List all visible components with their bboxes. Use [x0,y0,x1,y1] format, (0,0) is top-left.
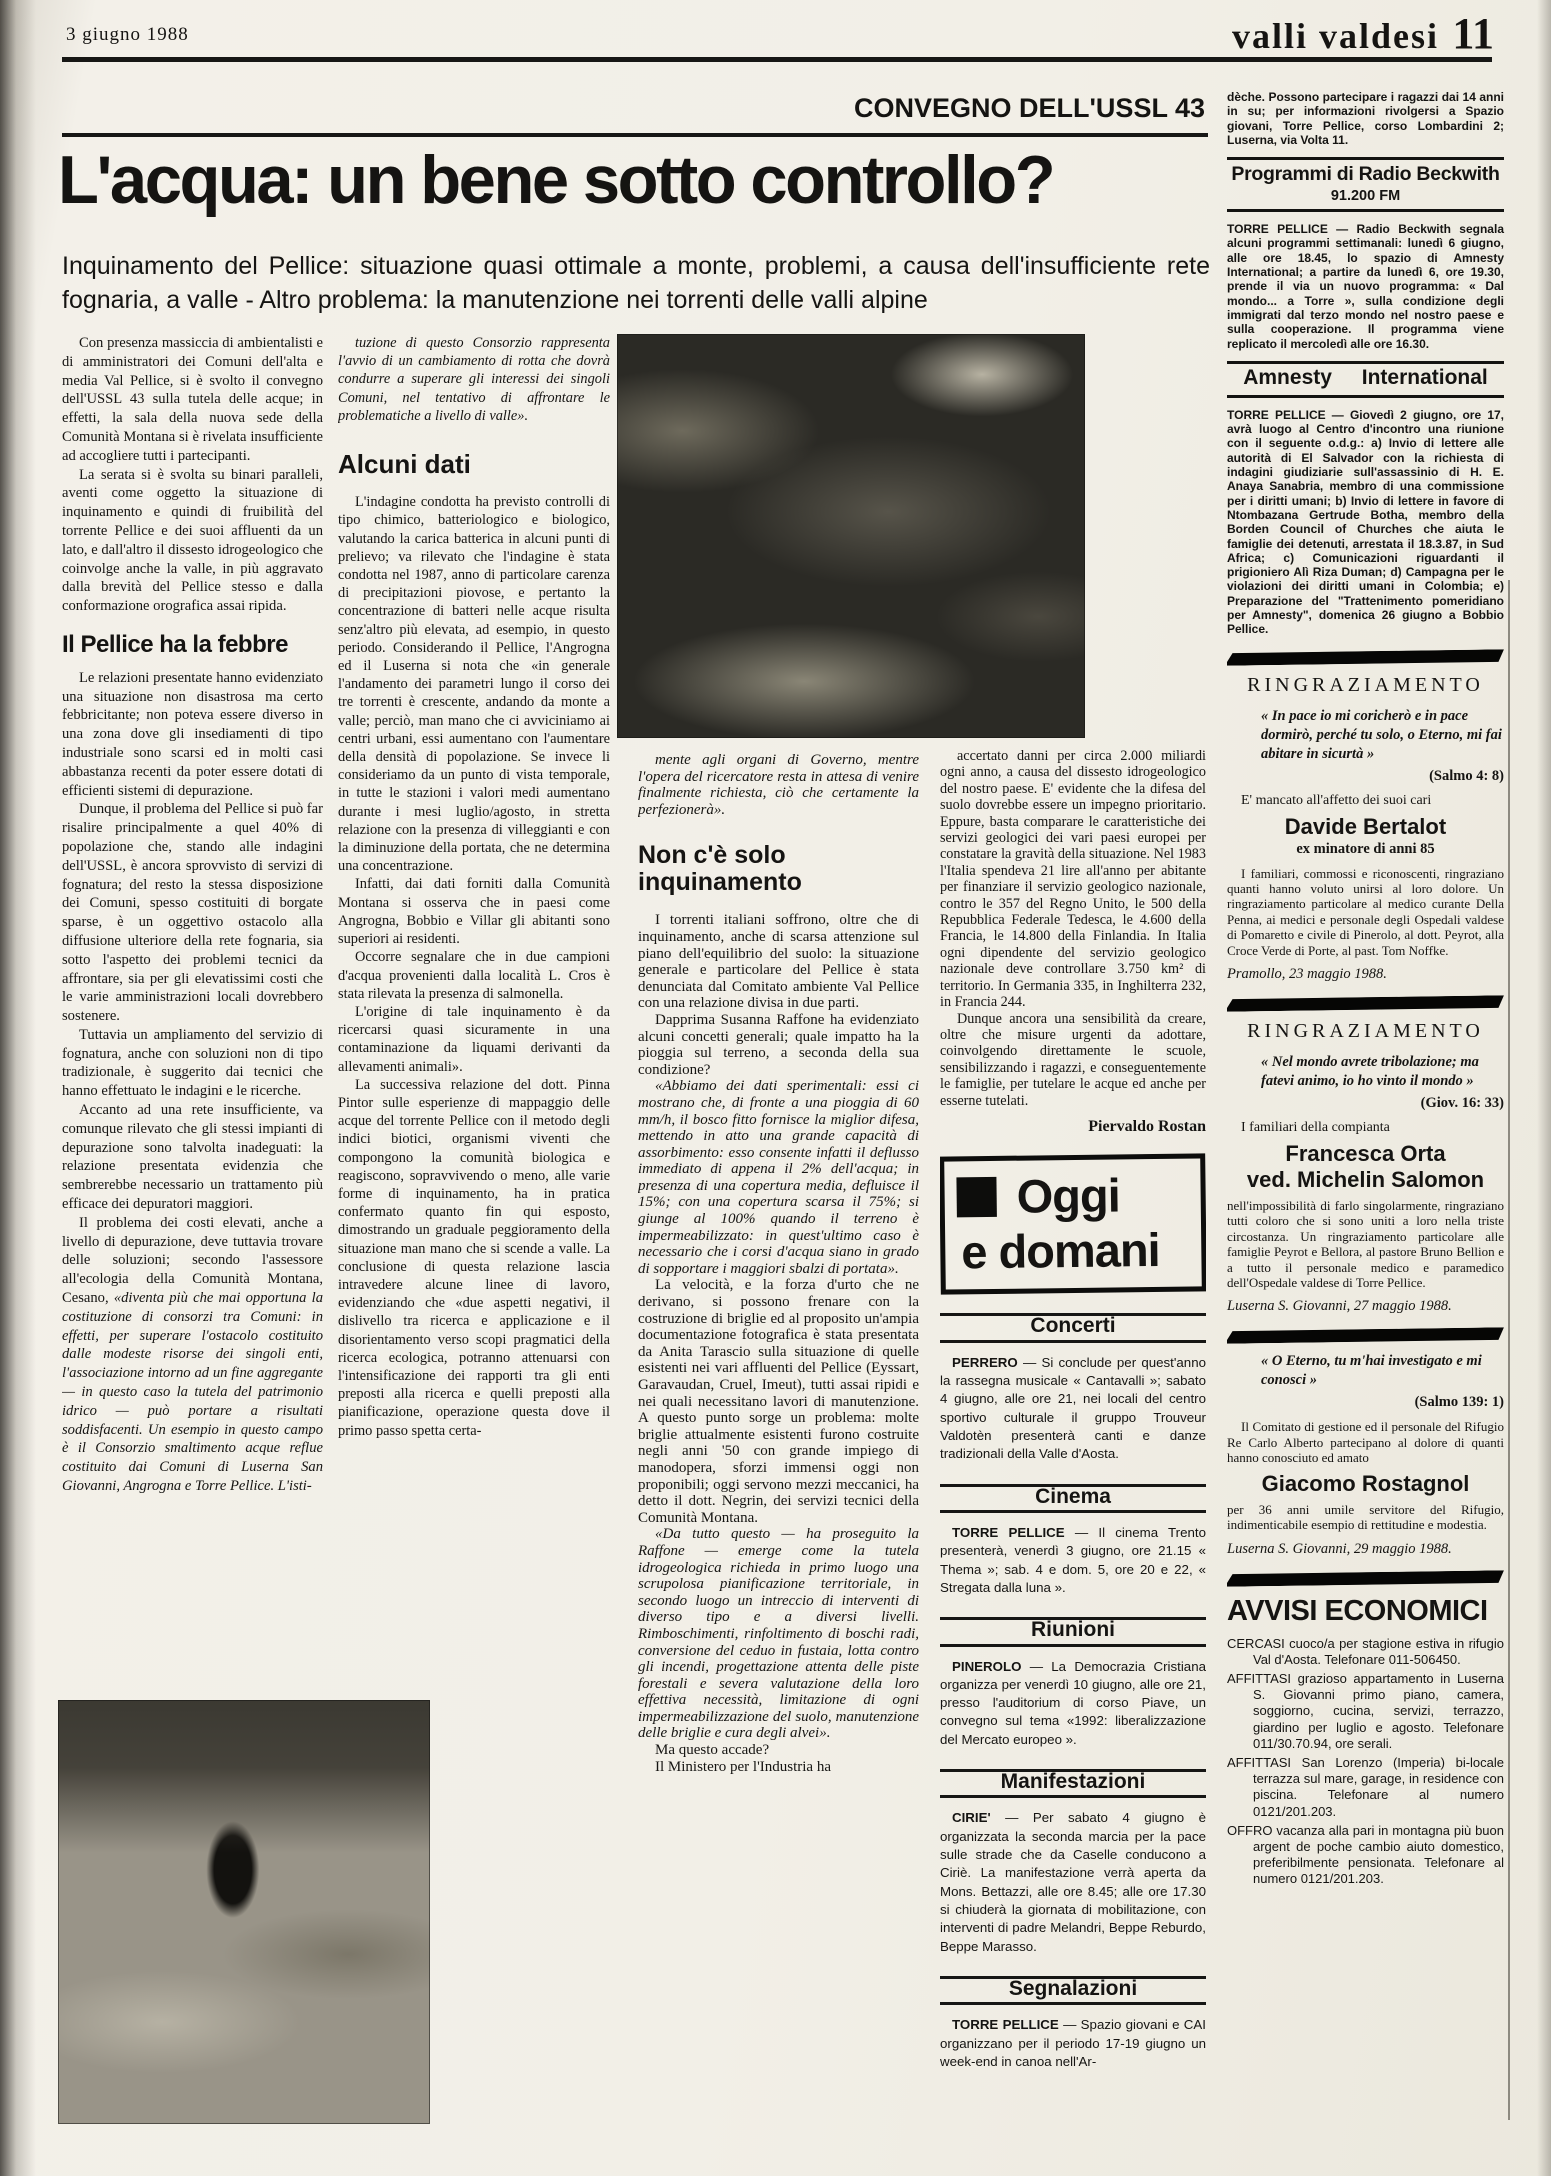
article-paragraph: Tuttavia un ampliamento del servizio di … [62,1026,323,1101]
article-subhead: Inquinamento del Pellice: situazione qua… [62,249,1210,317]
oggi-box-title-2: e domani [961,1226,1194,1276]
obituary-giacomo-rostagnol: « O Eterno, tu m'hai investigato e mi co… [1227,1352,1504,1557]
event-item: TORRE PELLICE — Spazio giovani e CAI org… [940,2016,1206,2071]
classified-ad: OFFRO vacanza alla pari in montagna più … [1227,1823,1504,1888]
event-item: CIRIE' — Per sabato 4 giugno è organizza… [940,1809,1206,1955]
black-square-icon [956,1177,996,1217]
radio-frequency: 91.200 FM [1227,188,1504,204]
classifieds-section: AVVISI ECONOMICI CERCASI cuoco/a per sta… [1227,1595,1504,1888]
obituary-verse: « O Eterno, tu m'hai investigato e mi co… [1227,1352,1504,1390]
article-paragraph: Dunque ancora una sensibilità da creare,… [940,1011,1206,1109]
deceased-name-line2: ved. Michelin Salomon [1227,1168,1504,1192]
radio-programs-text: TORRE PELLICE — Radio Beckwith segnala a… [1227,222,1504,351]
deceased-name: Francesca Orta [1227,1142,1504,1166]
event-place: PERRERO [952,1355,1018,1370]
article-paragraph: Occorre segnalare che in due campioni d'… [338,948,610,1003]
article-paragraph: I torrenti italiani soffrono, oltre che … [638,912,919,1012]
article-kicker: CONVEGNO DELL'USSL 43 [62,93,1205,124]
event-place: TORRE PELLICE [952,2017,1059,2032]
section-divider-bar [1227,649,1504,665]
article-paragraph: Dunque, il problema del Pellice si può f… [62,800,323,1026]
obituary-intro: I familiari della compianta [1227,1120,1504,1136]
obituary-verse: « Nel mondo avrete tribolazione; ma fate… [1227,1053,1504,1091]
radio-box-title: Programmi di Radio Beckwith [1227,163,1504,186]
oggi-box-title-1: Oggi [1016,1172,1120,1220]
amnesty-text: TORRE PELLICE — Giovedì 2 giugno, ore 17… [1227,408,1504,637]
verse-reference: (Giov. 16: 33) [1227,1095,1504,1112]
obituary-verse: « In pace io mi coricherò e in pace dorm… [1227,707,1504,764]
segnalazioni-continuation: dèche. Possono partecipare i ragazzi dai… [1227,90,1504,147]
article-paragraph: La serata si è svolta su binari parallel… [62,466,323,616]
deceased-name: Giacomo Rostagnol [1227,1472,1504,1496]
section-heading-il-pellice-ha-la-febbre: Il Pellice ha la febbre [62,636,323,655]
quoted-paragraph: «Abbiamo dei dati sperimentali: essi ci … [638,1078,919,1277]
article-paragraph: Dapprima Susanna Raffone ha evidenziato … [638,1012,919,1078]
article-paragraph: accertato danni per circa 2.000 miliardi… [940,748,1206,1011]
events-section-concerti: Concerti PERRERO — Si conclude per quest… [940,1313,1206,1463]
radio-beckwith-box: Programmi di Radio Beckwith 91.200 FM [1227,157,1504,212]
classified-ad: AFFITTASI San Lorenzo (Imperia) bi-local… [1227,1755,1504,1820]
verse-reference: (Salmo 139: 1) [1227,1394,1504,1411]
deceased-subtitle: ex minatore di anni 85 [1227,841,1504,858]
article-column-4: accertato danni per circa 2.000 miliardi… [940,748,1206,2071]
scan-edge-artifact [0,0,36,2176]
events-section-title: Manifestazioni [940,1769,1206,1798]
column-divider-rule [1508,580,1510,2120]
event-place: CIRIE' [952,1810,991,1825]
events-section-cinema: Cinema TORRE PELLICE — Il cinema Trento … [940,1484,1206,1598]
obituary-body: per 36 anni umile servitore del Rifugio,… [1227,1502,1504,1533]
article-paragraph: L'indagine condotta ha previsto controll… [338,493,610,875]
obituary-dateline: Pramollo, 23 maggio 1988. [1227,966,1504,983]
quoted-text: «diventa più che mai opportuna la costit… [62,1290,323,1494]
article-paragraph-continuation: tuzione di questo Consorzio rappresenta … [338,334,610,425]
header-rule [62,57,1492,62]
page-number: 11 [1452,8,1494,59]
classified-ad: CERCASI cuoco/a per stagione estiva in r… [1227,1636,1504,1668]
article-paragraph: Il Ministero per l'Industria ha [638,1759,919,1776]
event-text: — Si conclude per quest'anno la rassegna… [940,1355,1206,1461]
page-date: 3 giugno 1988 [66,24,189,46]
event-item: TORRE PELLICE — Il cinema Trento present… [940,1524,1206,1597]
article-paragraph: Con presenza massiccia di ambientalisti … [62,334,323,466]
article-paragraph: La successiva relazione del dott. Pinna … [338,1076,610,1440]
article-column-2: tuzione di questo Consorzio rappresenta … [338,334,610,1729]
article-paragraph: Accanto ad una rete insufficiente, va co… [62,1101,323,1214]
article-paragraph: Le relazioni presentate hanno evidenziat… [62,669,323,801]
article-paragraph: Infatti, dai dati forniti dalla Comunità… [338,875,610,948]
masthead: valli valdesi 11 [1232,8,1494,59]
events-section-segnalazioni: Segnalazioni TORRE PELLICE — Spazio giov… [940,1976,1206,2071]
event-item: PERRERO — Si conclude per quest'anno la … [940,1354,1206,1464]
verse-reference: (Salmo 4: 8) [1227,768,1504,785]
article-column-1: Con presenza massiccia di ambientalisti … [62,334,323,1704]
obituary-heading: RINGRAZIAMENTO [1227,674,1504,697]
right-rail: dèche. Possono partecipare i ragazzi dai… [1227,90,1504,1891]
scan-edge-right-artifact [1537,0,1551,2176]
obituary-dateline: Luserna S. Giovanni, 29 maggio 1988. [1227,1541,1504,1558]
event-item: PINEROLO — La Democrazia Cristiana organ… [940,1658,1206,1749]
obituary-francesca-orta: RINGRAZIAMENTO « Nel mondo avrete tribol… [1227,1020,1504,1315]
events-section-manifestazioni: Manifestazioni CIRIE' — Per sabato 4 giu… [940,1769,1206,1956]
deceased-name: Davide Bertalot [1227,815,1504,839]
obituary-davide-bertalot: RINGRAZIAMENTO « In pace io mi coricherò… [1227,674,1504,983]
classified-ad: AFFITTASI grazioso appartamento in Luser… [1227,1671,1504,1752]
amnesty-international-heading: Amnesty International [1227,361,1504,398]
masthead-title: valli valdesi [1232,15,1439,57]
oggi-e-domani-box: Oggi e domani [940,1154,1206,1295]
obituary-intro: E' mancato all'affetto dei suoi cari [1227,793,1504,809]
article-paragraph: Il problema dei costi elevati, anche a l… [62,1214,323,1496]
newspaper-page: 3 giugno 1988 valli valdesi 11 CONVEGNO … [0,0,1551,2176]
events-section-riunioni: Riunioni PINEROLO — La Democrazia Cristi… [940,1617,1206,1749]
article-paragraph: Ma questo accade? [638,1742,919,1759]
quoted-paragraph: «Da tutto questo — ha proseguito la Raff… [638,1526,919,1742]
event-text: — Per sabato 4 giugno è organizzata la s… [940,1810,1206,1953]
events-section-title: Riunioni [940,1617,1206,1646]
article-paragraph-continuation: mente agli organi di Governo, mentre l'o… [638,752,919,818]
obituary-body: I familiari, commossi e riconoscenti, ri… [1227,866,1504,958]
byline: Piervaldo Rostan [940,1119,1206,1135]
events-section-title: Segnalazioni [940,1976,1206,2005]
article-column-3: mente agli organi di Governo, mentre l'o… [638,752,919,2107]
section-heading-non-ce-solo-inquinamento: Non c'è solo inquinamento [638,842,919,896]
section-divider-bar [1227,995,1504,1011]
obituary-intro: Il Comitato di gestione ed il personale … [1227,1419,1504,1465]
classifieds-heading: AVVISI ECONOMICI [1227,1595,1504,1628]
kicker-rule [62,133,1208,137]
obituary-heading: RINGRAZIAMENTO [1227,1020,1504,1043]
obituary-dateline: Luserna S. Giovanni, 27 maggio 1988. [1227,1298,1504,1315]
obituary-body: nell'impossibilità di farlo singolarment… [1227,1198,1504,1290]
section-divider-bar [1227,1328,1504,1344]
photo-river-vegetation [617,334,1085,738]
events-section-title: Concerti [940,1313,1206,1342]
section-divider-bar [1227,1570,1504,1586]
article-headline: L'acqua: un bene sotto controllo? [58,141,1206,219]
event-place: PINEROLO [952,1659,1021,1674]
article-paragraph: L'origine di tale inquinamento è da rice… [338,1003,610,1076]
section-heading-alcuni-dati: Alcuni dati [338,455,610,473]
oggi-box-line1: Oggi [956,1171,1193,1221]
events-section-title: Cinema [940,1484,1206,1513]
article-paragraph: La velocità, e la forza d'urto che ne de… [638,1277,919,1526]
event-place: TORRE PELLICE [952,1525,1065,1540]
photo-fisherman-stream [58,1700,430,2124]
